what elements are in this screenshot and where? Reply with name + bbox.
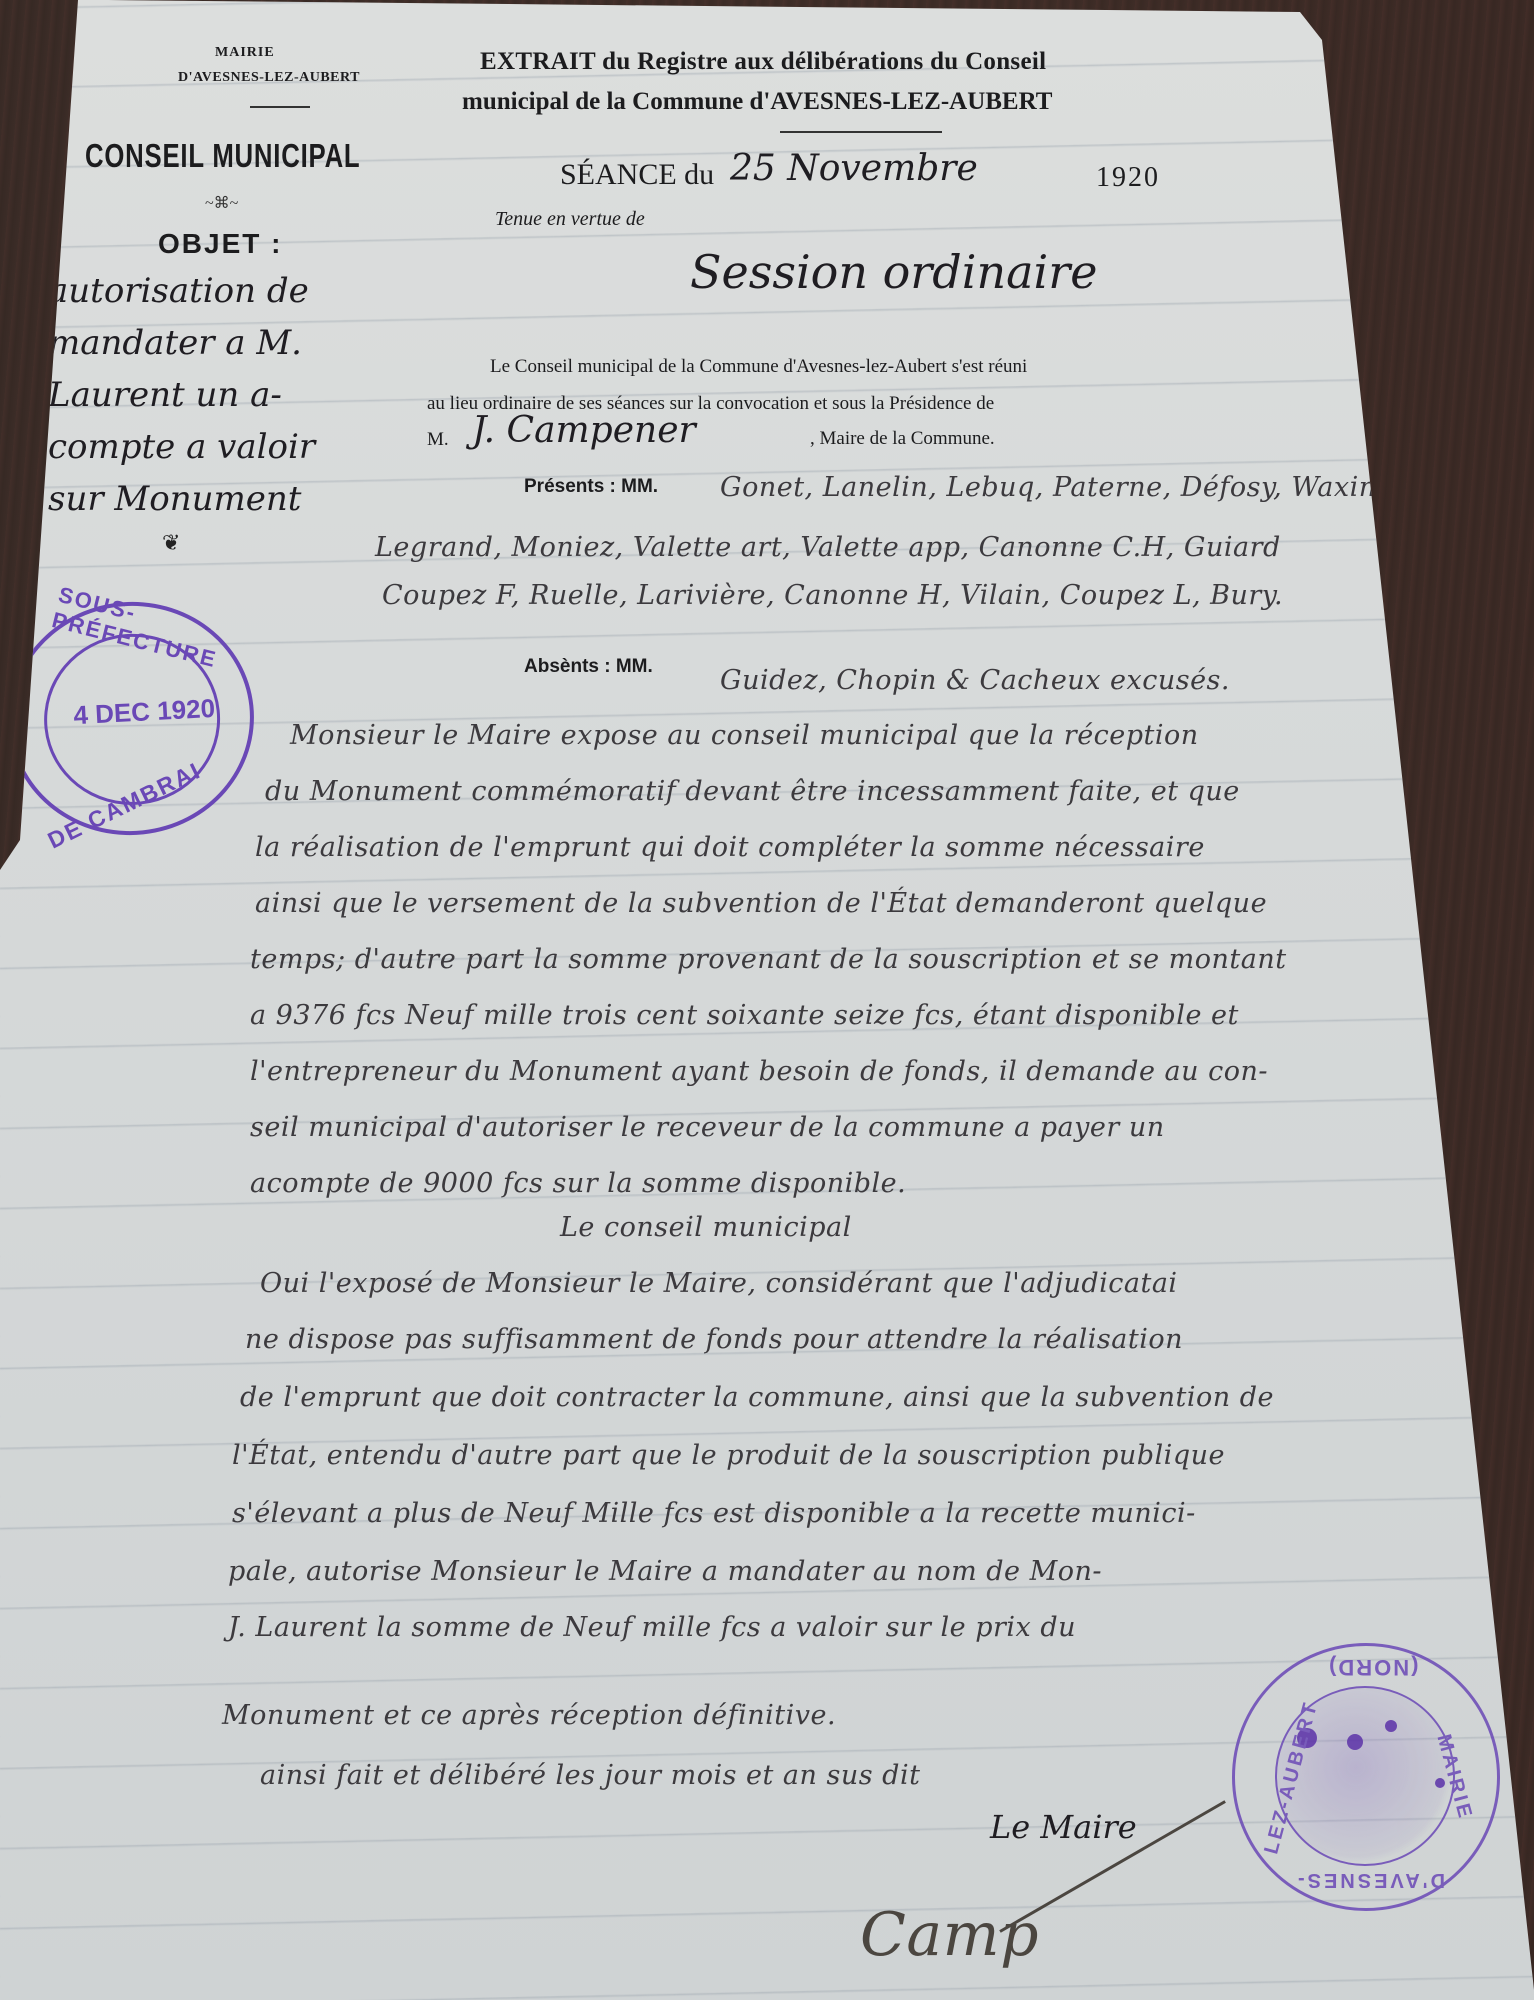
preamble-line-1: Le Conseil municipal de la Commune d'Ave…	[490, 356, 1027, 378]
resolution-line: ainsi fait et délibéré les jour mois et …	[260, 1760, 920, 1791]
body-line: acompte de 9000 fcs sur la somme disponi…	[250, 1168, 906, 1199]
m-label: M.	[427, 429, 449, 451]
document-page: MAIRIE D'AVESNES-LEZ-AUBERT CONSEIL MUNI…	[0, 0, 1534, 2000]
body-line: la réalisation de l'emprunt qui doit com…	[255, 832, 1205, 863]
seance-label: SÉANCE du	[560, 158, 714, 192]
presents-line: Coupez F, Ruelle, Larivière, Canonne H, …	[382, 580, 1283, 611]
header-line-2: municipal de la Commune d'AVESNES-LEZ-AU…	[462, 88, 1052, 116]
divider	[780, 131, 942, 133]
preamble-line-3: , Maire de la Commune.	[810, 428, 995, 450]
ornament-icon: ❦	[162, 530, 180, 556]
body-line: ainsi que le versement de la subvention …	[255, 888, 1267, 919]
objet-text: autorisation de mandater a M. Laurent un…	[48, 265, 378, 525]
absents-label: Absènts : MM.	[524, 656, 653, 678]
resolution-line: s'élevant a plus de Neuf Mille fcs est d…	[232, 1498, 1196, 1529]
commune-label: D'AVESNES-LEZ-AUBERT	[178, 70, 360, 86]
objet-label: OBJET :	[158, 228, 282, 260]
divider	[250, 106, 310, 108]
ornament-icon: ~⌘~	[205, 193, 238, 213]
resolution-line: Monument et ce après réception définitiv…	[222, 1700, 836, 1731]
stamp-top-text: (NORD)	[1327, 1654, 1418, 1680]
tenue-label: Tenue en vertue de	[495, 208, 645, 231]
presents-label: Présents : MM.	[524, 476, 658, 498]
body-line: l'entrepreneur du Monument ayant besoin …	[250, 1056, 1268, 1087]
presents-line: Gonet, Lanelin, Lebuq, Paterne, Défosy, …	[720, 472, 1377, 503]
conseil-heading: Le conseil municipal	[560, 1212, 852, 1243]
subprefecture-stamp: SOUS-PRÉFECTURE 4 DEC 1920 DE CAMBRAI	[0, 590, 266, 847]
header-line-1: EXTRAIT du Registre aux délibérations du…	[480, 48, 1046, 76]
body-line: temps; d'autre part la somme provenant d…	[250, 944, 1287, 975]
mairie-stamp: (NORD) MAIRIE LEZ-AUBERT D'AVESNES-	[1232, 1643, 1500, 1911]
body-line: Monsieur le Maire expose au conseil muni…	[290, 720, 1199, 751]
body-line: du Monument commémoratif devant être inc…	[265, 776, 1240, 807]
resolution-line: ne dispose pas suffisamment de fonds pou…	[245, 1324, 1183, 1355]
resolution-line: pale, autorise Monsieur le Maire a manda…	[228, 1556, 1102, 1587]
resolution-line: de l'emprunt que doit contracter la comm…	[240, 1382, 1274, 1413]
seance-year: 1920	[1096, 162, 1160, 194]
ink-blot	[1385, 1720, 1397, 1732]
section-title: CONSEIL MUNICIPAL	[85, 137, 360, 175]
absents-line: Guidez, Chopin & Cacheux excusés.	[720, 665, 1230, 696]
signature: Camp	[860, 1900, 1039, 1970]
body-line: a 9376 fcs Neuf mille trois cent soixant…	[250, 1000, 1239, 1031]
resolution-line: J. Laurent la somme de Neuf mille fcs a …	[228, 1612, 1076, 1643]
session-type: Session ordinaire	[690, 245, 1097, 299]
president-name: J. Campener	[472, 410, 696, 451]
seance-date: 25 Novembre	[730, 148, 978, 189]
resolution-line: Oui l'exposé de Monsieur le Maire, consi…	[260, 1268, 1178, 1299]
ink-blot	[1347, 1734, 1363, 1750]
resolution-line: l'État, entendu d'autre part que le prod…	[232, 1440, 1225, 1471]
body-line: seil municipal d'autoriser le receveur d…	[250, 1112, 1165, 1143]
stamp-bottom-text: D'AVESNES-	[1295, 1868, 1445, 1891]
signature-title: Le Maire	[990, 1808, 1137, 1846]
presents-line: Legrand, Moniez, Valette art, Valette ap…	[375, 532, 1281, 563]
mairie-label: MAIRIE	[215, 45, 275, 61]
